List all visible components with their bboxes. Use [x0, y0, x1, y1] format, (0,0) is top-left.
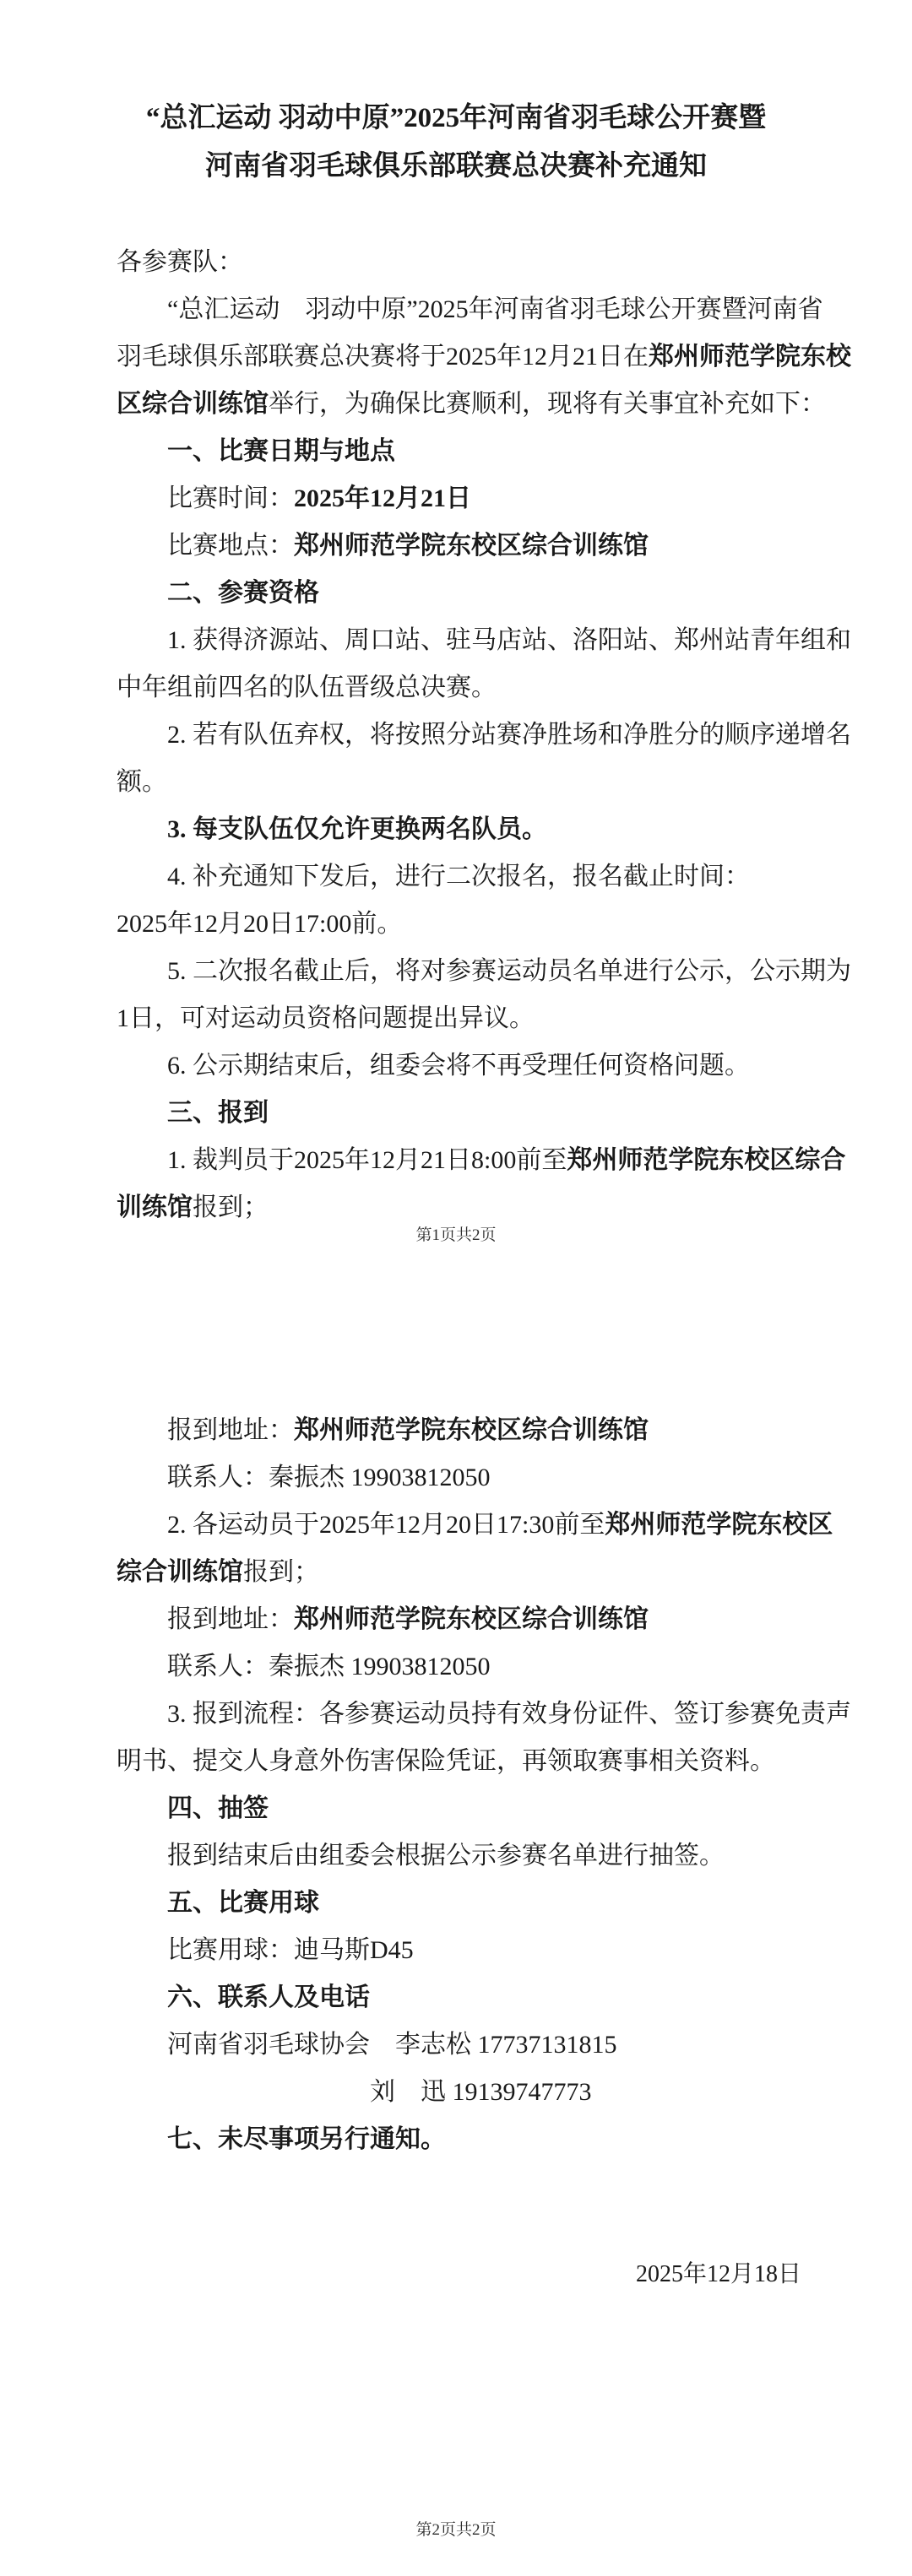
checkin-item-1-line-1: 1. 裁判员于2025年12月21日8:00前至郑州师范学院东校区综合 — [117, 1137, 801, 1184]
salutation: 各参赛队： — [117, 239, 801, 286]
checkin-address-label: 报到地址： — [167, 1605, 294, 1633]
section-heading-1: 一、比赛日期与地点 — [117, 428, 801, 475]
checkin-address-value: 郑州师范学院东校区综合训练馆 — [294, 1605, 649, 1633]
venue-bold-run: 郑州师范学院东校区 — [605, 1511, 833, 1539]
section-heading-6: 六、联系人及电话 — [117, 1974, 801, 2021]
page-2-footer: 第2页共2页 — [0, 2520, 912, 2541]
section-heading-3: 三、报到 — [117, 1090, 801, 1137]
eligibility-item-4-line-1: 4. 补充通知下发后，进行二次报名，报名截止时间： — [117, 853, 801, 901]
venue-bold-run: 区综合训练馆 — [117, 390, 269, 418]
association-contact-1: 河南省羽毛球协会 李志松 17737131815 — [117, 2021, 801, 2069]
issue-date: 2025年12月18日 — [117, 2260, 801, 2289]
draw-text: 报到结束后由组委会根据公示参赛名单进行抽签。 — [117, 1832, 801, 1880]
checkin-address-line-1: 报到地址：郑州师范学院东校区综合训练馆 — [117, 1407, 801, 1454]
match-venue-value: 郑州师范学院东校区综合训练馆 — [294, 532, 649, 560]
match-venue-line: 比赛地点：郑州师范学院东校区综合训练馆 — [117, 522, 801, 570]
intro-line-3: 区综合训练馆举行，为确保比赛顺利，现将有关事宜补充如下： — [117, 381, 801, 428]
association-contact-2: 刘 迅 19139747773 — [117, 2069, 801, 2116]
checkin-item-2-line-1: 2. 各运动员于2025年12月20日17:30前至郑州师范学院东校区 — [117, 1502, 801, 1549]
venue-bold-run: 郑州师范学院东校 — [649, 343, 851, 371]
checkin-item-3-line-2: 明书、提交人身意外伤害保险凭证，再领取赛事相关资料。 — [117, 1738, 801, 1785]
ball-text: 比赛用球：迪马斯D45 — [117, 1927, 801, 1974]
match-time-value: 2025年12月21日 — [294, 484, 471, 512]
page-1-footer: 第1页共2页 — [0, 1226, 912, 1246]
match-venue-label: 比赛地点： — [167, 532, 294, 560]
checkin-item-3-line-1: 3. 报到流程：各参赛运动员持有效身份证件、签订参赛免责声 — [117, 1691, 801, 1738]
venue-bold-run: 郑州师范学院东校区综合 — [567, 1146, 845, 1174]
checkin-address-line-2: 报到地址：郑州师范学院东校区综合训练馆 — [117, 1596, 801, 1643]
intro-line-2: 羽毛球俱乐部联赛总决赛将于2025年12月21日在郑州师范学院东校 — [117, 333, 801, 381]
section-heading-4: 四、抽签 — [117, 1785, 801, 1832]
notice-title-line1: “总汇运动 羽动中原”2025年河南省羽毛球公开赛暨 — [146, 103, 766, 133]
intro-line-1: “总汇运动 羽动中原”2025年河南省羽毛球公开赛暨河南省 — [117, 286, 801, 333]
match-time-line: 比赛时间：2025年12月21日 — [117, 475, 801, 522]
eligibility-item-4-line-2: 2025年12月20日17:00前。 — [117, 901, 801, 948]
eligibility-item-6: 6. 公示期结束后，组委会将不再受理任何资格问题。 — [117, 1042, 801, 1090]
venue-bold-run: 综合训练馆 — [117, 1558, 243, 1586]
checkin-contact-line-2: 联系人：秦振杰 19903812050 — [117, 1643, 801, 1691]
notice-title-line2: 河南省羽毛球俱乐部联赛总决赛补充通知 — [205, 151, 707, 181]
checkin-address-value: 郑州师范学院东校区综合训练馆 — [294, 1416, 649, 1444]
eligibility-item-1-line-2: 中年组前四名的队伍晋级总决赛。 — [117, 664, 801, 712]
section-heading-5: 五、比赛用球 — [117, 1880, 801, 1927]
eligibility-item-1-line-1: 1. 获得济源站、周口站、驻马店站、洛阳站、郑州站青年组和 — [117, 617, 801, 664]
notice-page-2: 报到地址：郑州师范学院东校区综合训练馆 联系人：秦振杰 19903812050 … — [0, 1288, 912, 2576]
checkin-item-1-line-2: 训练馆报到； — [117, 1184, 801, 1231]
checkin-item-2-line-2: 综合训练馆报到； — [117, 1549, 801, 1596]
page1-body: 各参赛队： “总汇运动 羽动中原”2025年河南省羽毛球公开赛暨河南省 羽毛球俱… — [117, 239, 801, 1231]
notice-page-1: “总汇运动 羽动中原”2025年河南省羽毛球公开赛暨河南省羽毛球俱乐部联赛总决赛… — [0, 0, 912, 1288]
eligibility-item-2-line-2: 额。 — [117, 759, 801, 806]
section-heading-2: 二、参赛资格 — [117, 570, 801, 617]
eligibility-item-5-line-1: 5. 二次报名截止后，将对参赛运动员名单进行公示，公示期为 — [117, 948, 801, 995]
eligibility-item-3: 3. 每支队伍仅允许更换两名队员。 — [117, 806, 801, 853]
notice-title: “总汇运动 羽动中原”2025年河南省羽毛球公开赛暨河南省羽毛球俱乐部联赛总决赛… — [0, 95, 912, 191]
checkin-contact-line-1: 联系人：秦振杰 19903812050 — [117, 1454, 801, 1502]
section-heading-7: 七、未尽事项另行通知。 — [117, 2116, 801, 2163]
venue-bold-run: 训练馆 — [117, 1193, 193, 1221]
eligibility-item-2-line-1: 2. 若有队伍弃权，将按照分站赛净胜场和净胜分的顺序递增名 — [117, 712, 801, 759]
checkin-address-label: 报到地址： — [167, 1416, 294, 1444]
match-time-label: 比赛时间： — [167, 484, 294, 512]
page2-body: 报到地址：郑州师范学院东校区综合训练馆 联系人：秦振杰 19903812050 … — [117, 1407, 801, 2163]
eligibility-item-5-line-2: 1日，可对运动员资格问题提出异议。 — [117, 995, 801, 1042]
